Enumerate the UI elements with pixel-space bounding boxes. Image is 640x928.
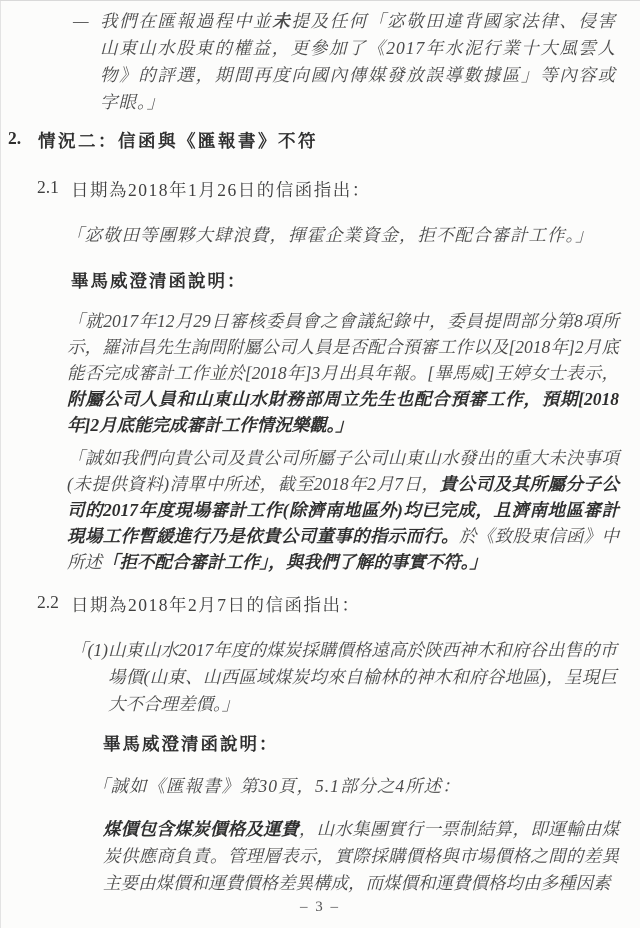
paragraph-meeting-minutes: 「就2017年12月29日審核委員會之會議紀錄中，委員提問部分第8項所示，羅沛昌… bbox=[67, 308, 619, 438]
page-number: – 3 – bbox=[0, 899, 640, 916]
letter-quote-feb07-item1: 「(1) 山東山水2017年度的煤炭採購價格遠高於陝西神木和府谷出售的市場價(山… bbox=[70, 637, 617, 718]
clause-2-2-lead: 日期為2018年2月7日的信函指出： bbox=[71, 592, 361, 617]
kpmg-clarification-heading-1: 畢馬威澄清函說明： bbox=[71, 268, 640, 293]
letter-quote-jan26: 「宓敬田等團夥大肆浪費，揮霍企業資金，拒不配合審計工作。」 bbox=[66, 222, 612, 248]
quote-item-marker: 「(1) bbox=[70, 637, 108, 718]
quote-item-text: 山東山水2017年度的煤炭採購價格遠高於陝西神木和府谷出售的市場價(山東、山西區… bbox=[108, 637, 617, 718]
paragraph-report-reference: 「誠如《匯報書》第30頁，5.1部分之4所述： bbox=[92, 773, 640, 800]
clause-2-1-number: 2.1 bbox=[37, 177, 71, 202]
text-segment: 「就2017年12月29日審核委員會之會議紀錄中，委員提問部分第8項所示，羅沛昌… bbox=[67, 311, 619, 383]
text-segment-bold: 「拒不配合審計工作」，與我們了解的事實不符。」 bbox=[102, 552, 487, 572]
clause-2-2-number: 2.2 bbox=[37, 592, 71, 617]
kpmg-clarification-heading-2: 畢馬威澄清函說明： bbox=[103, 731, 640, 756]
clause-2-2-row: 2.2 日期為2018年2月7日的信函指出： bbox=[0, 592, 640, 617]
section-number: 2. bbox=[8, 128, 38, 153]
text-segment-bold: 附屬公司人員和山東山水財務部周立先生也配合預審工作，預期[2018年]2月底能完… bbox=[67, 389, 619, 435]
clause-2-1-row: 2.1 日期為2018年1月26日的信函指出： bbox=[0, 177, 640, 202]
section-heading-row: 2. 情況二：信函與《匯報書》不符 bbox=[0, 128, 640, 153]
paragraph-coal-price: 煤價包含煤炭價格及運費，山水集團實行一票制結算，即運輸由煤炭供應商負責。管理層表… bbox=[103, 816, 619, 897]
clause-2-1-lead: 日期為2018年1月26日的信函指出： bbox=[71, 177, 371, 202]
intro-quote-text: 我們在匯報過程中並未提及任何「宓敬田違背國家法律、侵害山東山水股東的權益，更參加… bbox=[100, 8, 616, 116]
paragraph-audit-progress: 「誠如我們向貴公司及貴公司所屬子公司山東山水發出的重大未決事項(未提供資料)清單… bbox=[67, 445, 619, 575]
intro-quote-item: — 我們在匯報過程中並未提及任何「宓敬田違背國家法律、侵害山東山水股東的權益，更… bbox=[73, 8, 616, 116]
text-segment-bold: 未 bbox=[272, 11, 291, 31]
document-page: — 我們在匯報過程中並未提及任何「宓敬田違背國家法律、侵害山東山水股東的權益，更… bbox=[0, 0, 640, 928]
text-segment-bold: 煤價包含煤炭價格及運費 bbox=[103, 819, 299, 839]
text-segment: 我們在匯報過程中並 bbox=[100, 11, 272, 31]
dash-marker: — bbox=[73, 8, 100, 116]
section-title: 情況二：信函與《匯報書》不符 bbox=[38, 128, 318, 153]
